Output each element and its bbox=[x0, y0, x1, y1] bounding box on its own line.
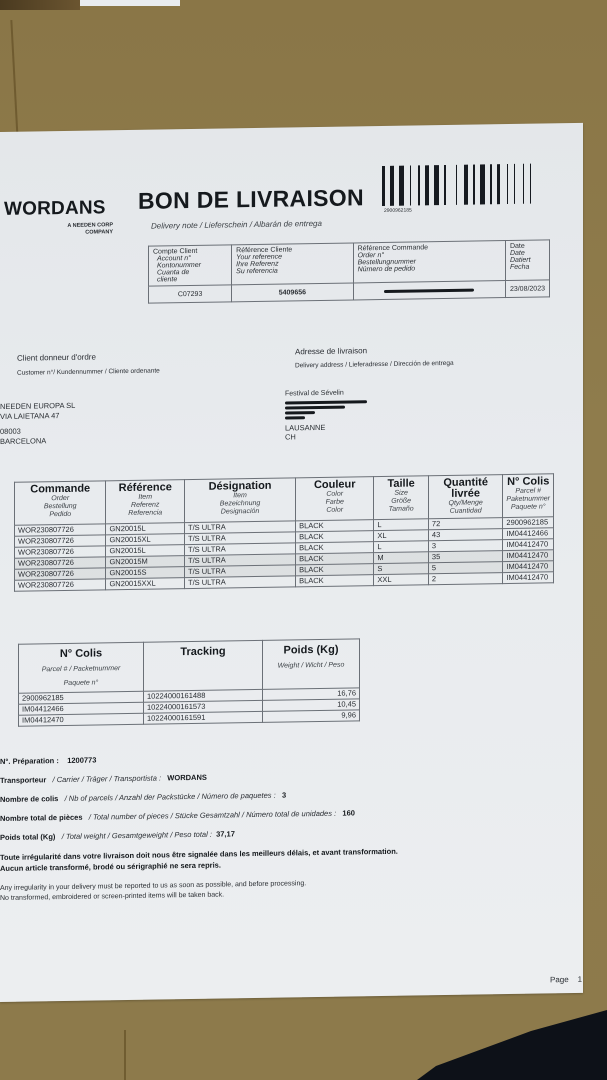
date-value: 23/08/2023 bbox=[505, 280, 549, 298]
items-col-header: TailleSizeGrößeTamaño bbox=[374, 476, 429, 520]
barcode-bar bbox=[514, 164, 515, 204]
document-subtitle: Delivery note / Lieferschein / Albarán d… bbox=[151, 219, 322, 231]
parcels-table: N° ColisParcel # / PacketnummerPaquete n… bbox=[18, 638, 360, 726]
barcode-bar bbox=[425, 165, 429, 205]
table-cell: S bbox=[374, 563, 429, 575]
table-cell: 2 bbox=[428, 573, 503, 585]
delivery-name: Festival de Sévelin bbox=[285, 388, 367, 399]
col-header-label: Taille bbox=[387, 477, 414, 489]
table-cell: IM04412470 bbox=[503, 572, 554, 584]
barcode-bar bbox=[464, 165, 468, 205]
cardboard-crease bbox=[124, 1030, 126, 1080]
client-ref-header-cell: Référence Cliente Your reference Ihre Re… bbox=[232, 243, 353, 285]
date-sublabel: Fecha bbox=[510, 263, 545, 271]
col-header-label: Tracking bbox=[180, 645, 225, 658]
client-ref-value: 5409656 bbox=[232, 283, 353, 302]
preparation-value: 1200773 bbox=[67, 755, 96, 764]
pieces-value: 160 bbox=[342, 808, 355, 817]
col-header-label: Désignation bbox=[209, 480, 272, 493]
parcels-count-label: Nombre de colis bbox=[0, 794, 58, 804]
barcode-bar bbox=[399, 166, 404, 206]
col-header-sublabel: Tamaño bbox=[377, 505, 425, 514]
barcode-number: 2900962185 bbox=[384, 208, 412, 214]
pieces-sublabel: / Total number of pieces / Stücke Gesamt… bbox=[89, 809, 336, 822]
table-cell: T/S ULTRA bbox=[185, 576, 296, 589]
barcode-bar bbox=[490, 164, 492, 204]
col-header-label: Poids (Kg) bbox=[284, 644, 339, 657]
carrier-value: WORDANS bbox=[167, 773, 207, 783]
table-cell: 2900962185 bbox=[503, 517, 554, 529]
delivery-country: CH bbox=[285, 431, 367, 442]
parcels-col-header: Poids (Kg)Weight / Wicht / Peso bbox=[263, 639, 360, 690]
col-header-label: Couleur bbox=[314, 478, 356, 491]
items-col-header: N° ColisParcel #PaketnummerPaquete n° bbox=[503, 474, 554, 518]
barcode-bar bbox=[390, 166, 394, 206]
table-cell: IM04412470 bbox=[19, 713, 144, 726]
parcels-count-value: 3 bbox=[282, 791, 286, 800]
order-info-table: Compte Client Account n° Kontonummer Cua… bbox=[148, 239, 550, 303]
order-ref-sublabel: Número de pedido bbox=[358, 264, 501, 273]
customer-label: Client donneur d'ordre bbox=[17, 352, 96, 362]
table-cell: WOR230807726 bbox=[15, 579, 106, 591]
col-header-sublabel: Color bbox=[299, 506, 370, 515]
col-header-sublabel: Paquete n° bbox=[22, 678, 140, 689]
page-label: Page bbox=[550, 975, 569, 984]
redaction-scribble bbox=[285, 411, 315, 414]
order-ref-header-cell: Référence Commande Order n° Bestellungnu… bbox=[353, 241, 505, 283]
page-number: Page 1 bbox=[550, 975, 582, 985]
carrier-sublabel: / Carrier / Träger / Transportista : bbox=[53, 773, 162, 784]
customer-sublabel: Customer n°/ Kundennummer / Cliente orde… bbox=[17, 367, 160, 376]
items-table: CommandeOrderBestellungPedidoRéférenceIt… bbox=[14, 473, 554, 591]
redaction-scribble bbox=[384, 288, 474, 292]
table-cell: IM04412470 bbox=[503, 550, 554, 562]
table-cell: IM04412470 bbox=[503, 539, 554, 551]
items-col-header: CommandeOrderBestellungPedido bbox=[15, 481, 106, 525]
col-header-label: Quantité livrée bbox=[443, 476, 488, 500]
delivery-address: Festival de Sévelin LAUSANNE CH bbox=[285, 388, 367, 442]
delivery-sublabel: Delivery address / Lieferadresse / Direc… bbox=[295, 360, 454, 369]
col-header-label: Commande bbox=[30, 483, 90, 496]
barcode-bar bbox=[497, 164, 500, 204]
weight-label: Poids total (Kg) bbox=[0, 832, 55, 842]
barcode-bar bbox=[530, 164, 531, 204]
date-header-cell: Date Date Datiert Fecha bbox=[505, 240, 549, 281]
carrier-label: Transporteur bbox=[0, 775, 46, 785]
items-col-header: CouleurColorFarbeColor bbox=[296, 477, 374, 521]
col-header-sublabel: Parcel # / Packetnummer bbox=[22, 664, 140, 675]
barcode-bar bbox=[456, 165, 457, 205]
client-ref-sublabel: Su referencia bbox=[236, 267, 348, 276]
barcode-bar bbox=[480, 164, 485, 204]
col-header-label: Référence bbox=[119, 481, 172, 494]
barcode-bar bbox=[418, 165, 420, 205]
background-object bbox=[0, 0, 80, 10]
customer-address: NEEDEN EUROPA SL VIA LAIETANA 47 08003 B… bbox=[0, 401, 75, 446]
col-header-sublabel: Referencia bbox=[109, 509, 181, 518]
account-value: C07293 bbox=[149, 285, 232, 303]
table-cell: BLACK bbox=[296, 575, 374, 587]
weight-sublabel: / Total weight / Gesamtgeweight / Peso t… bbox=[62, 830, 212, 841]
parcels-table-body: 29009621851022400016148816,76IM044124661… bbox=[19, 688, 360, 726]
col-header-label: N° Colis bbox=[507, 475, 549, 488]
table-cell: XXL bbox=[374, 574, 429, 586]
col-header-sublabel: Paquete n° bbox=[506, 503, 550, 512]
barcode-bar bbox=[523, 164, 524, 204]
pieces-label: Nombre total de pièces bbox=[0, 813, 83, 823]
col-header-sublabel: Designación bbox=[188, 507, 292, 517]
customer-address-line: NEEDEN EUROPA SL bbox=[0, 401, 75, 412]
items-table-body: WOR230807726GN20015LT/S ULTRABLACKL72290… bbox=[15, 517, 554, 591]
col-header-sublabel: Cuantidad bbox=[432, 507, 500, 516]
parcels-count-sublabel: / Nb of parcels / Anzahl der Packstücke … bbox=[65, 791, 276, 803]
barcode-bar bbox=[473, 165, 475, 205]
table-cell: IM04412470 bbox=[503, 561, 554, 573]
shipment-summary: N°. Préparation : 1200773 Transporteur /… bbox=[0, 746, 355, 847]
parcels-col-header: N° ColisParcel # / PacketnummerPaquete n… bbox=[19, 642, 144, 693]
col-header-sublabel: Pedido bbox=[18, 510, 102, 519]
barcode-bar bbox=[382, 166, 385, 206]
redaction-scribble bbox=[285, 416, 305, 419]
items-col-header: DésignationItemBezeichnungDesignación bbox=[185, 478, 296, 523]
document-title: BON DE LIVRAISON bbox=[138, 184, 364, 215]
account-header-cell: Compte Client Account n° Kontonummer Cua… bbox=[149, 245, 232, 286]
background-paper-edge bbox=[80, 0, 180, 6]
redaction-scribble bbox=[285, 405, 345, 409]
table-cell: XL bbox=[374, 530, 429, 542]
items-col-header: Quantité livréeQty/MengeCuantidad bbox=[428, 475, 503, 519]
table-cell: 9,96 bbox=[263, 710, 360, 723]
order-ref-label: Référence Commande bbox=[358, 244, 428, 252]
weight-value: 37,17 bbox=[216, 829, 235, 838]
customer-address-line: BARCELONA bbox=[0, 435, 75, 446]
preparation-label: N°. Préparation : bbox=[0, 756, 59, 766]
parcels-table-header: N° ColisParcel # / PacketnummerPaquete n… bbox=[19, 639, 360, 693]
items-col-header: RéférenceItemReferenzReferencia bbox=[106, 480, 185, 524]
col-header-sublabel: Weight / Wicht / Peso bbox=[266, 660, 356, 670]
barcode bbox=[382, 163, 562, 206]
col-header-label: N° Colis bbox=[60, 647, 102, 660]
order-ref-value-redacted bbox=[353, 281, 505, 300]
parcels-col-header: Tracking bbox=[144, 640, 263, 691]
redaction-scribble bbox=[285, 400, 367, 404]
account-sublabel: cliente bbox=[153, 275, 227, 283]
table-cell: 10224000161591 bbox=[144, 711, 263, 724]
barcode-bar bbox=[434, 165, 439, 205]
barcode-bar bbox=[444, 165, 446, 205]
table-cell: L bbox=[374, 541, 429, 553]
company-logo: WORDANS bbox=[4, 197, 106, 221]
barcode-bar bbox=[507, 164, 508, 204]
notice-english: Any irregularity in your delivery must b… bbox=[0, 879, 306, 904]
tagline-line-2: COMPANY bbox=[55, 229, 113, 237]
delivery-note-document: WORDANS A NEEDEN CORP COMPANY BON DE LIV… bbox=[0, 123, 583, 1002]
table-cell: L bbox=[374, 519, 429, 531]
table-cell: M bbox=[374, 552, 429, 564]
table-cell: GN20015XXL bbox=[106, 578, 185, 590]
notice-french: Toute irrégularité dans votre livraison … bbox=[0, 846, 398, 874]
page-value: 1 bbox=[578, 975, 582, 984]
table-cell: IM04412466 bbox=[503, 528, 554, 540]
company-tagline: A NEEDEN CORP COMPANY bbox=[55, 222, 113, 237]
delivery-label: Adresse de livraison bbox=[295, 346, 367, 356]
barcode-bar bbox=[410, 166, 411, 206]
